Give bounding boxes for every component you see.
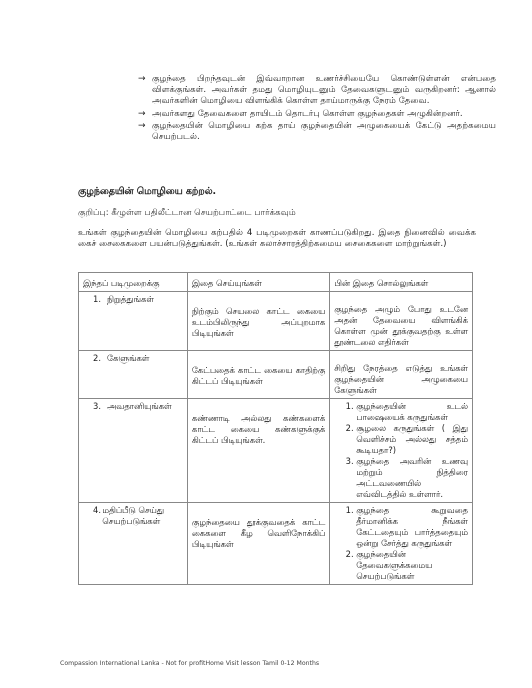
step-label: அவதானியுங்கள் xyxy=(107,401,172,411)
table-row: 2.கேளுங்கள் கேட்பதைக் காட்ட கையை காதிற்க… xyxy=(79,351,473,399)
arrow-right-icon: → xyxy=(138,74,152,108)
steps-table: இந்தப் படிமுறைக்கு இதை செய்யுங்கள் பின் … xyxy=(78,272,473,585)
say-cell: குழந்தை கூறுவதை தீர்மானிக்க நீங்கள் கேட்… xyxy=(330,503,473,585)
table-row: 3.அவதானியுங்கள் கண்ணாடி அல்லது கண்களைக் … xyxy=(79,399,473,503)
section-heading: குழந்தையின் மொழியை கற்றல். xyxy=(78,186,216,198)
bullet-text: குழந்தை பிறந்தவுடன் இவ்வாறான உணர்ச்சியைய… xyxy=(152,74,496,108)
table-header-row: இந்தப் படிமுறைக்கு இதை செய்யுங்கள் பின் … xyxy=(79,273,473,292)
bullet-text: குழந்தையின் மொழியை கற்க தாய் குழந்தையின்… xyxy=(152,121,496,143)
action-text: குழந்தையை தூக்குவதைக் காட்ட கைகளை கீழ வெ… xyxy=(192,517,325,550)
say-text: குழந்தை அழும் போது உடனே அதன் தேவையை விளங… xyxy=(334,304,468,348)
step-number: 3. xyxy=(93,401,107,412)
header-cell-step: இந்தப் படிமுறைக்கு xyxy=(79,273,188,292)
step-label: நிறுத்துங்கள் xyxy=(107,294,154,304)
section-intro: உங்கள் குழந்தையின் மொழியை கற்பதில் 4 படி… xyxy=(78,228,476,250)
header-cell-do: இதை செய்யுங்கள் xyxy=(187,273,329,292)
step-number: 1. xyxy=(93,294,107,305)
say-list-item: குழந்தை அவரின் உணவு மற்றும் நித்திரை அட்… xyxy=(356,456,468,500)
action-cell: கண்ணாடி அல்லது கண்களைக் காட்ட கையை கண்கள… xyxy=(187,399,329,503)
say-list-item: சூழலை கருதுங்கள் ( இது வெளிச்சம் அல்லது … xyxy=(356,423,468,456)
document-page: → குழந்தை பிறந்தவுடன் இவ்வாறான உணர்ச்சிய… xyxy=(0,0,532,688)
action-text: கண்ணாடி அல்லது கண்களைக் காட்ட கையை கண்கள… xyxy=(192,413,325,446)
action-text: கேட்பதைக் காட்ட கையை காதிற்கு கிட்டப் பி… xyxy=(192,365,325,387)
say-cell: குழந்தையின் உடல் பாஷையைக் கருதுங்கள் சூழ… xyxy=(330,399,473,503)
step-number: 4. xyxy=(93,505,102,527)
bullet-item: → அவர்களது தேவைகளை தாயிடம் தொடர்பு கொள்ள… xyxy=(138,109,496,120)
action-cell: குழந்தையை தூக்குவதைக் காட்ட கைகளை கீழ வெ… xyxy=(187,503,329,585)
say-list: குழந்தையின் உடல் பாஷையைக் கருதுங்கள் சூழ… xyxy=(334,401,468,500)
bullet-text: அவர்களது தேவைகளை தாயிடம் தொடர்பு கொள்ள க… xyxy=(152,109,463,120)
table-row: 4.மதிப்பீடு செய்து செயற்படுங்கள் குழந்தை… xyxy=(79,503,473,585)
bullet-item: → குழந்தையின் மொழியை கற்க தாய் குழந்தையி… xyxy=(138,121,496,143)
header-cell-say: பின் இதை சொல்லுங்கள் xyxy=(330,273,473,292)
say-cell: சிறிது நேரத்தை எடுத்து உங்கள் குழந்தையின… xyxy=(330,351,473,399)
bullet-item: → குழந்தை பிறந்தவுடன் இவ்வாறான உணர்ச்சிய… xyxy=(138,74,496,108)
action-cell: நிற்கும் செயலை காட்ட கையை உடம்பிலிருந்து… xyxy=(187,292,329,351)
say-list: குழந்தை கூறுவதை தீர்மானிக்க நீங்கள் கேட்… xyxy=(334,505,468,582)
say-list-item: குழந்தையின் தேவைகளுக்கமைய செயற்படுங்கள் xyxy=(356,549,468,582)
say-text: சிறிது நேரத்தை எடுத்து உங்கள் குழந்தையின… xyxy=(334,363,468,396)
arrow-right-icon: → xyxy=(138,121,152,143)
arrow-right-icon: → xyxy=(138,109,152,120)
step-label: மதிப்பீடு செய்து செயற்படுங்கள் xyxy=(102,505,183,527)
step-cell: 3.அவதானியுங்கள் xyxy=(79,399,188,503)
section-note: குறிப்பு: கீழுள்ள பதிலீட்டான செயற்பாட்டை… xyxy=(78,208,296,219)
table-row: 1.நிறுத்துங்கள் நிற்கும் செயலை காட்ட கைய… xyxy=(79,292,473,351)
step-cell: 1.நிறுத்துங்கள் xyxy=(79,292,188,351)
step-cell: 4.மதிப்பீடு செய்து செயற்படுங்கள் xyxy=(79,503,188,585)
page-footer: Compassion International Lanka - Not for… xyxy=(60,660,319,667)
step-label: கேளுங்கள் xyxy=(107,353,149,363)
action-cell: கேட்பதைக் காட்ட கையை காதிற்கு கிட்டப் பி… xyxy=(187,351,329,399)
say-cell: குழந்தை அழும் போது உடனே அதன் தேவையை விளங… xyxy=(330,292,473,351)
intro-bullet-list: → குழந்தை பிறந்தவுடன் இவ்வாறான உணர்ச்சிய… xyxy=(138,74,496,144)
say-list-item: குழந்தையின் உடல் பாஷையைக் கருதுங்கள் xyxy=(356,401,468,423)
step-number: 2. xyxy=(93,353,107,364)
step-cell: 2.கேளுங்கள் xyxy=(79,351,188,399)
say-list-item: குழந்தை கூறுவதை தீர்மானிக்க நீங்கள் கேட்… xyxy=(356,505,468,549)
action-text: நிற்கும் செயலை காட்ட கையை உடம்பிலிருந்து… xyxy=(192,306,325,339)
